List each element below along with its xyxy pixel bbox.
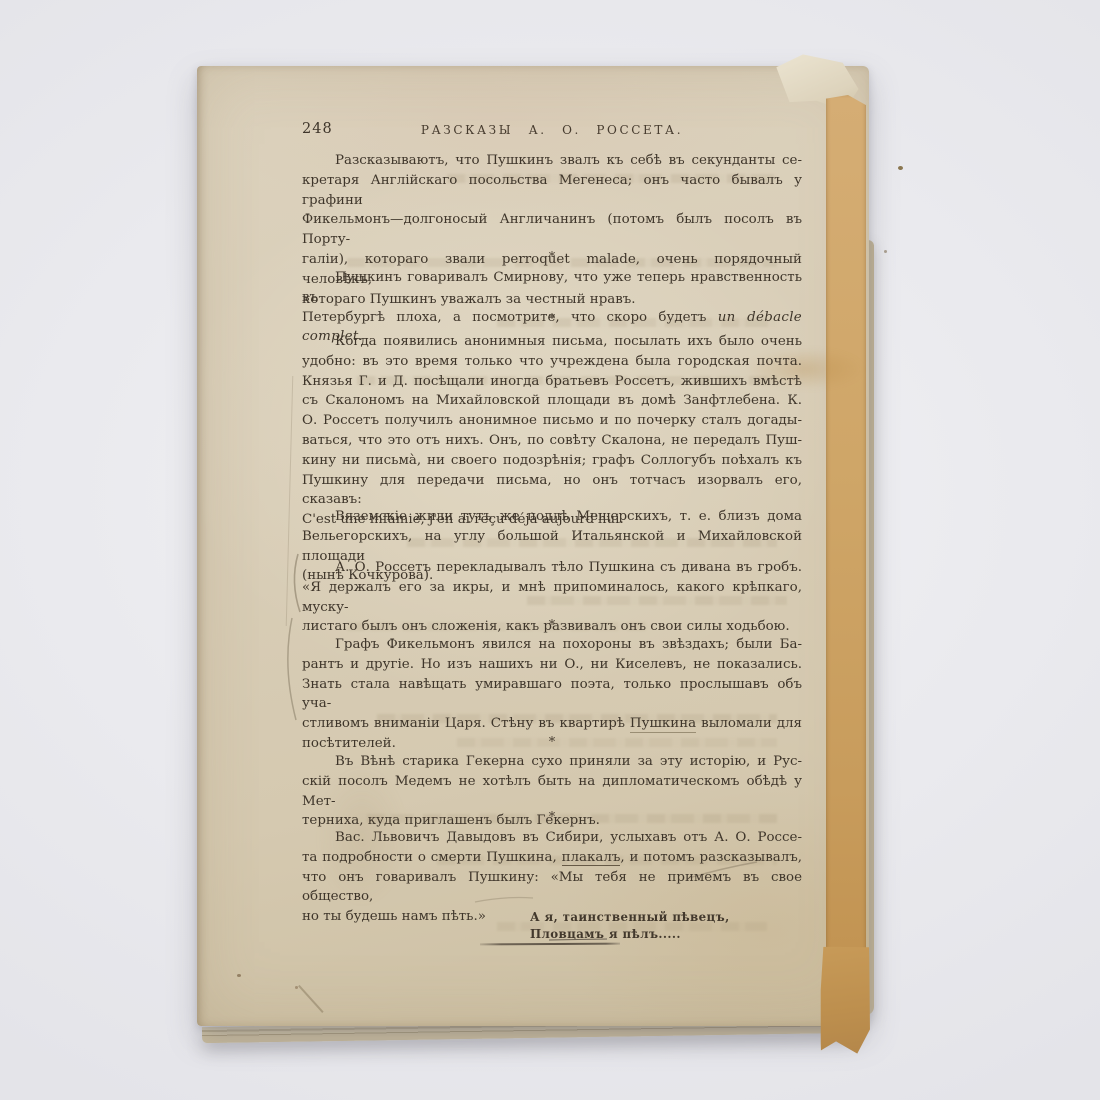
asterisk-separator: * [302,618,802,634]
backdrop-speck [884,250,887,253]
asterisk-separator: * [302,735,802,751]
asterisk-separator: * [302,250,802,266]
text-line: кину ни письма̀, ни своего подозрѣнія; г… [302,451,802,471]
underlined-word: плакалъ [562,850,621,867]
text-line: Вас. Львовичъ Давыдовъ въ Сибири, услыха… [302,828,802,848]
asterisk-separator: * [302,312,802,328]
text-line: О. Россетъ получилъ анонимное письмо и п… [302,411,802,431]
book-page: 248 РАЗСКАЗЫ А. О. РОССЕТА. Разсказывают… [197,66,869,1026]
text-line: Пушкину для передачи письма, но онъ тотч… [302,471,802,511]
paper-speck [295,986,298,989]
binding-tape-scrap [817,945,873,1055]
text-line: что онъ говаривалъ Пушкину: «Мы тебя не … [302,868,802,908]
backdrop-speck [898,166,903,170]
text-segment: стливомъ вниманіи Царя. Стѣну въ квартир… [302,716,630,731]
text-line: Вяземскіе жили тутъ же подлѣ Мещерскихъ,… [302,507,802,527]
text-line: та подробности о смерти Пушкина, плакалъ… [302,848,802,868]
text-line: Знать стала навѣщать умиравшаго поэта, т… [302,675,802,715]
paper-crease [298,985,323,1013]
text-segment: выломали для [696,716,802,731]
asterisk-separator: * [302,810,802,826]
verse-quotation: А я, таинственный пѣвецъ, Пловцамъ я пѣл… [530,909,730,942]
paper-crease [286,376,294,626]
verse-line: А я, таинственный пѣвецъ, [530,909,730,926]
text-line: А. О. Россетъ перекладывалъ тѣло Пушкина… [302,558,802,578]
text-line: Въ Вѣнѣ старика Гекерна сухо приняли за … [302,752,802,772]
text-segment: , и потомъ разсказывалъ, [620,850,802,865]
paper-speck [237,974,241,977]
text-line: «Я держалъ его за икры, и мнѣ припоминал… [302,578,802,618]
text-line: Пушкинъ говаривалъ Смирнову, что уже теп… [302,268,802,308]
running-head: РАЗСКАЗЫ А. О. РОССЕТА. [302,123,802,137]
text-line: Князья Г. и Д. посѣщали иногда братьевъ … [302,372,802,392]
text-line: рантъ и другіе. Но изъ нашихъ ни О., ни … [302,655,802,675]
text-line: Разсказываютъ, что Пушкинъ звалъ къ себѣ… [302,151,802,171]
text-line: стливомъ вниманіи Царя. Стѣну въ квартир… [302,714,802,734]
binding-tape-strip [826,95,866,1015]
text-line: кретаря Англійскаго посольства Мегенеса;… [302,171,802,211]
text-line: удобно: въ это время только что учрежден… [302,352,802,372]
text-line: Графъ Фикельмонъ явился на похороны въ з… [302,635,802,655]
paragraph-3: Когда появились анонимныя письма, посыла… [302,332,802,530]
page-header: 248 РАЗСКАЗЫ А. О. РОССЕТА. [302,121,802,139]
text-line: съ Скалономъ на Михайловской площади въ … [302,391,802,411]
pencil-underlined-word: Пушкина [630,716,696,733]
text-segment: та подробности о смерти Пушкина, [302,850,562,865]
text-line: Когда появились анонимныя письма, посыла… [302,332,802,352]
text-line: Фикельмонъ—долгоносый Англичанинъ (потом… [302,210,802,250]
verse-rule [480,943,620,946]
text-line: ваться, что это отъ нихъ. Онъ, по совѣту… [302,431,802,451]
text-line: скій посолъ Медемъ не хотѣлъ быть на дип… [302,772,802,812]
